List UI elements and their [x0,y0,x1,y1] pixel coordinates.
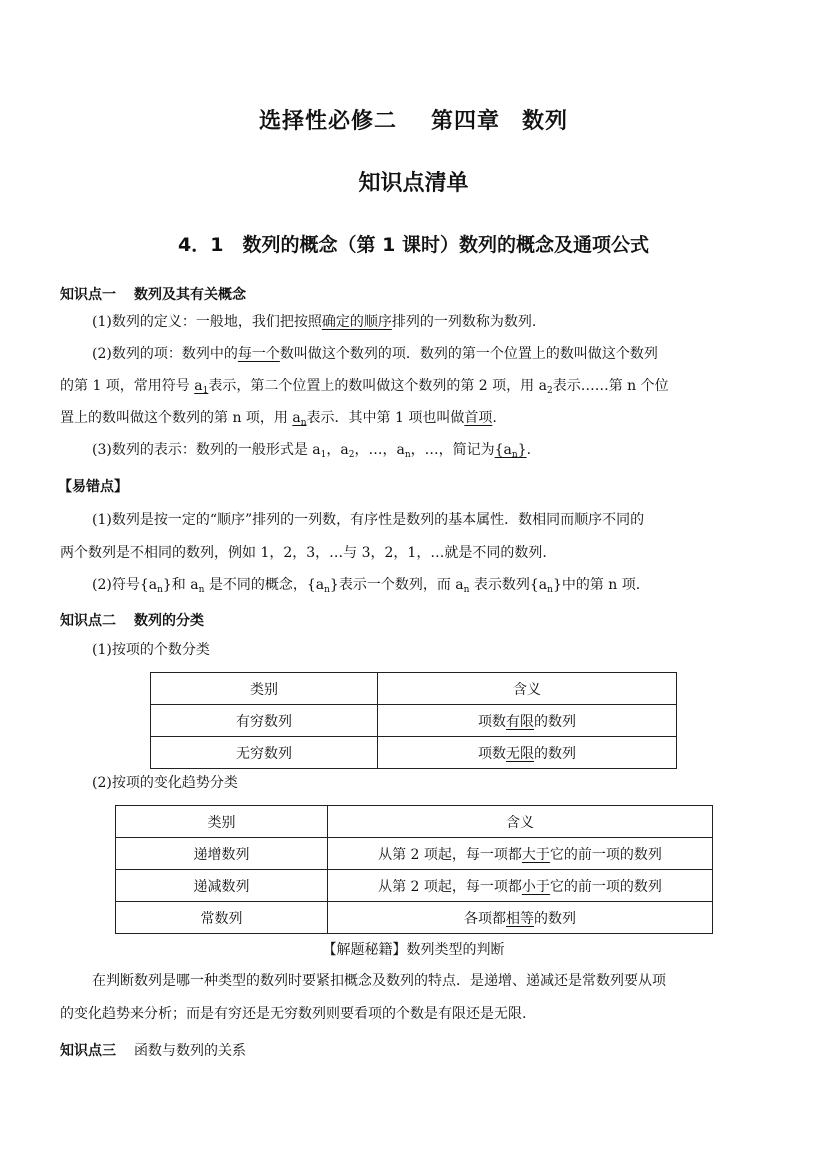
text: }和 a [163,577,199,593]
text: 各项都 [464,911,506,927]
text: 的数列 [534,746,576,762]
text: 表示，第二个位置上的数叫做这个数列的第 2 项，用 a [208,378,547,394]
text: 置上的数叫做这个数列的第 n 项，用 [60,410,292,426]
underlined-text: 有限 [506,714,534,730]
section-title: 数列及其有关概念 [134,287,246,303]
term-paragraph-line1: (2)数列的项：数列中的每一个数叫做这个数列的项．数列的第一个位置上的数叫做这个… [92,346,658,362]
header-cell: 含义 [328,806,713,838]
section-title: 数列的分类 [134,613,204,629]
type-cell: 有穷数列 [151,705,378,737]
chapter-title: 数列 [522,108,568,134]
text: 排列的一列数称为数列. [392,314,536,330]
section-title: 函数与数列的关系 [134,1043,246,1059]
lesson-title: 4．1 数列的概念（第 1 课时）数列的概念及通项公式 [0,230,827,257]
text: 表示．其中第 1 项也叫做 [307,410,465,426]
text: 的数列 [534,714,576,730]
section-label: 知识点二 [60,613,116,629]
header-cell: 含义 [378,673,677,705]
text: 的数列 [534,911,576,927]
text: 它的前一项的数列 [550,879,662,895]
meaning-cell: 从第 2 项起，每一项都大于它的前一项的数列 [328,838,713,870]
chapter-number: 第四章 [431,108,500,134]
section-label: 知识点一 [60,287,116,303]
underlined-text: 确定的顺序 [322,314,392,330]
text: ，…，简记为 [411,442,495,458]
meaning-cell: 项数无限的数列 [378,737,677,769]
header-cell: 类别 [151,673,378,705]
table-row: 有穷数列 项数有限的数列 [151,705,677,737]
pitfall-1-line2: 两个数列是不相同的数列，例如 1，2，3，…与 3，2，1，…就是不同的数列. [60,545,547,561]
meaning-cell: 从第 2 项起，每一项都小于它的前一项的数列 [328,870,713,902]
table-row: 递增数列 从第 2 项起，每一项都大于它的前一项的数列 [116,838,713,870]
underlined-text: 相等 [506,911,534,927]
classification-by-count-heading: (1)按项的个数分类 [92,642,210,658]
term-paragraph-line3: 置上的数叫做这个数列的第 n 项，用 an表示．其中第 1 项也叫做首项. [60,410,497,431]
text: ，…，a [354,442,404,458]
underlined-text: 首项 [464,410,492,426]
text: }中的第 n 项. [553,577,640,593]
type-cell: 递减数列 [116,870,328,902]
text: 的第 1 项，常用符号 [60,378,194,394]
section-label: 知识点三 [60,1043,116,1059]
text: 它的前一项的数列 [550,847,662,863]
classification-by-trend-heading: (2)按项的变化趋势分类 [92,775,238,791]
representation-paragraph: (3)数列的表示：数列的一般形式是 a1，a2，…，an，…，简记为{an}. [92,442,531,463]
type-cell: 递增数列 [116,838,328,870]
underlined-text: 小于 [522,879,550,895]
text: 表示数列{a [469,577,547,593]
table-by-trend: 类别 含义 递增数列 从第 2 项起，每一项都大于它的前一项的数列 递减数列 从… [115,805,713,934]
text: 表示……第 n 个位 [553,378,669,394]
tip-line1: 在判断数列是哪一种类型的数列时要紧扣概念及数列的特点．是递增、递减还是常数列要从… [92,973,666,989]
underlined-text: 大于 [522,847,550,863]
definition-paragraph: (1)数列的定义：一般地，我们把按照确定的顺序排列的一列数称为数列. [92,314,536,330]
text: 从第 2 项起，每一项都 [378,879,522,895]
header-cell: 类别 [116,806,328,838]
tip-line2: 的变化趋势来分析；而是有穷还是无穷数列则要看项的个数是有限还是无限. [60,1006,526,1022]
text: . [527,442,531,458]
table-row: 常数列 各项都相等的数列 [116,902,713,934]
table-by-count: 类别 含义 有穷数列 项数有限的数列 无穷数列 项数无限的数列 [150,672,677,769]
term-paragraph-line2: 的第 1 项，常用符号 a1表示，第二个位置上的数叫做这个数列的第 2 项，用 … [60,378,669,399]
meaning-cell: 项数有限的数列 [378,705,677,737]
document-subtitle: 知识点清单 [0,166,827,197]
symbol: {a [495,442,512,458]
symbol: a [292,410,300,426]
text: (2)数列的项：数列中的 [92,346,238,362]
text: 项数 [478,746,506,762]
text: . [492,410,496,426]
section-heading-1: 知识点一数列及其有关概念 [60,284,246,304]
text: (1)数列的定义：一般地，我们把按照 [92,314,322,330]
type-cell: 常数列 [116,902,328,934]
text: 项数 [478,714,506,730]
text: (2)符号{a [92,577,157,593]
pitfalls-heading: 【易错点】 [58,476,128,496]
table-row: 递减数列 从第 2 项起，每一项都小于它的前一项的数列 [116,870,713,902]
symbol: } [518,442,527,458]
tip-title: 【解题秘籍】数列类型的判断 [0,939,827,959]
text: 从第 2 项起，每一项都 [378,847,522,863]
section-heading-2: 知识点二数列的分类 [60,610,204,630]
type-cell: 无穷数列 [151,737,378,769]
text: 是不同的概念，{a [204,577,324,593]
course-name: 选择性必修二 [259,108,397,134]
text: ，a [326,442,348,458]
document-title: 选择性必修二第四章数列 [0,104,827,135]
text: 数叫做这个数列的项．数列的第一个位置上的数叫做这个数列 [280,346,658,362]
underlined-text: 每一个 [238,346,280,362]
symbol: a [194,378,202,394]
underlined-text: 无限 [506,746,534,762]
section-heading-3: 知识点三函数与数列的关系 [60,1040,246,1060]
pitfall-2: (2)符号{an}和 an 是不同的概念，{an}表示一个数列，而 an 表示数… [92,577,640,598]
pitfall-1-line1: (1)数列是按一定的“顺序”排列的一列数，有序性是数列的基本属性．数相同而顺序不… [92,512,644,528]
text: }表示一个数列，而 a [330,577,464,593]
table-row: 无穷数列 项数无限的数列 [151,737,677,769]
table-header-row: 类别 含义 [116,806,713,838]
meaning-cell: 各项都相等的数列 [328,902,713,934]
table-header-row: 类别 含义 [151,673,677,705]
text: (3)数列的表示：数列的一般形式是 a [92,442,321,458]
